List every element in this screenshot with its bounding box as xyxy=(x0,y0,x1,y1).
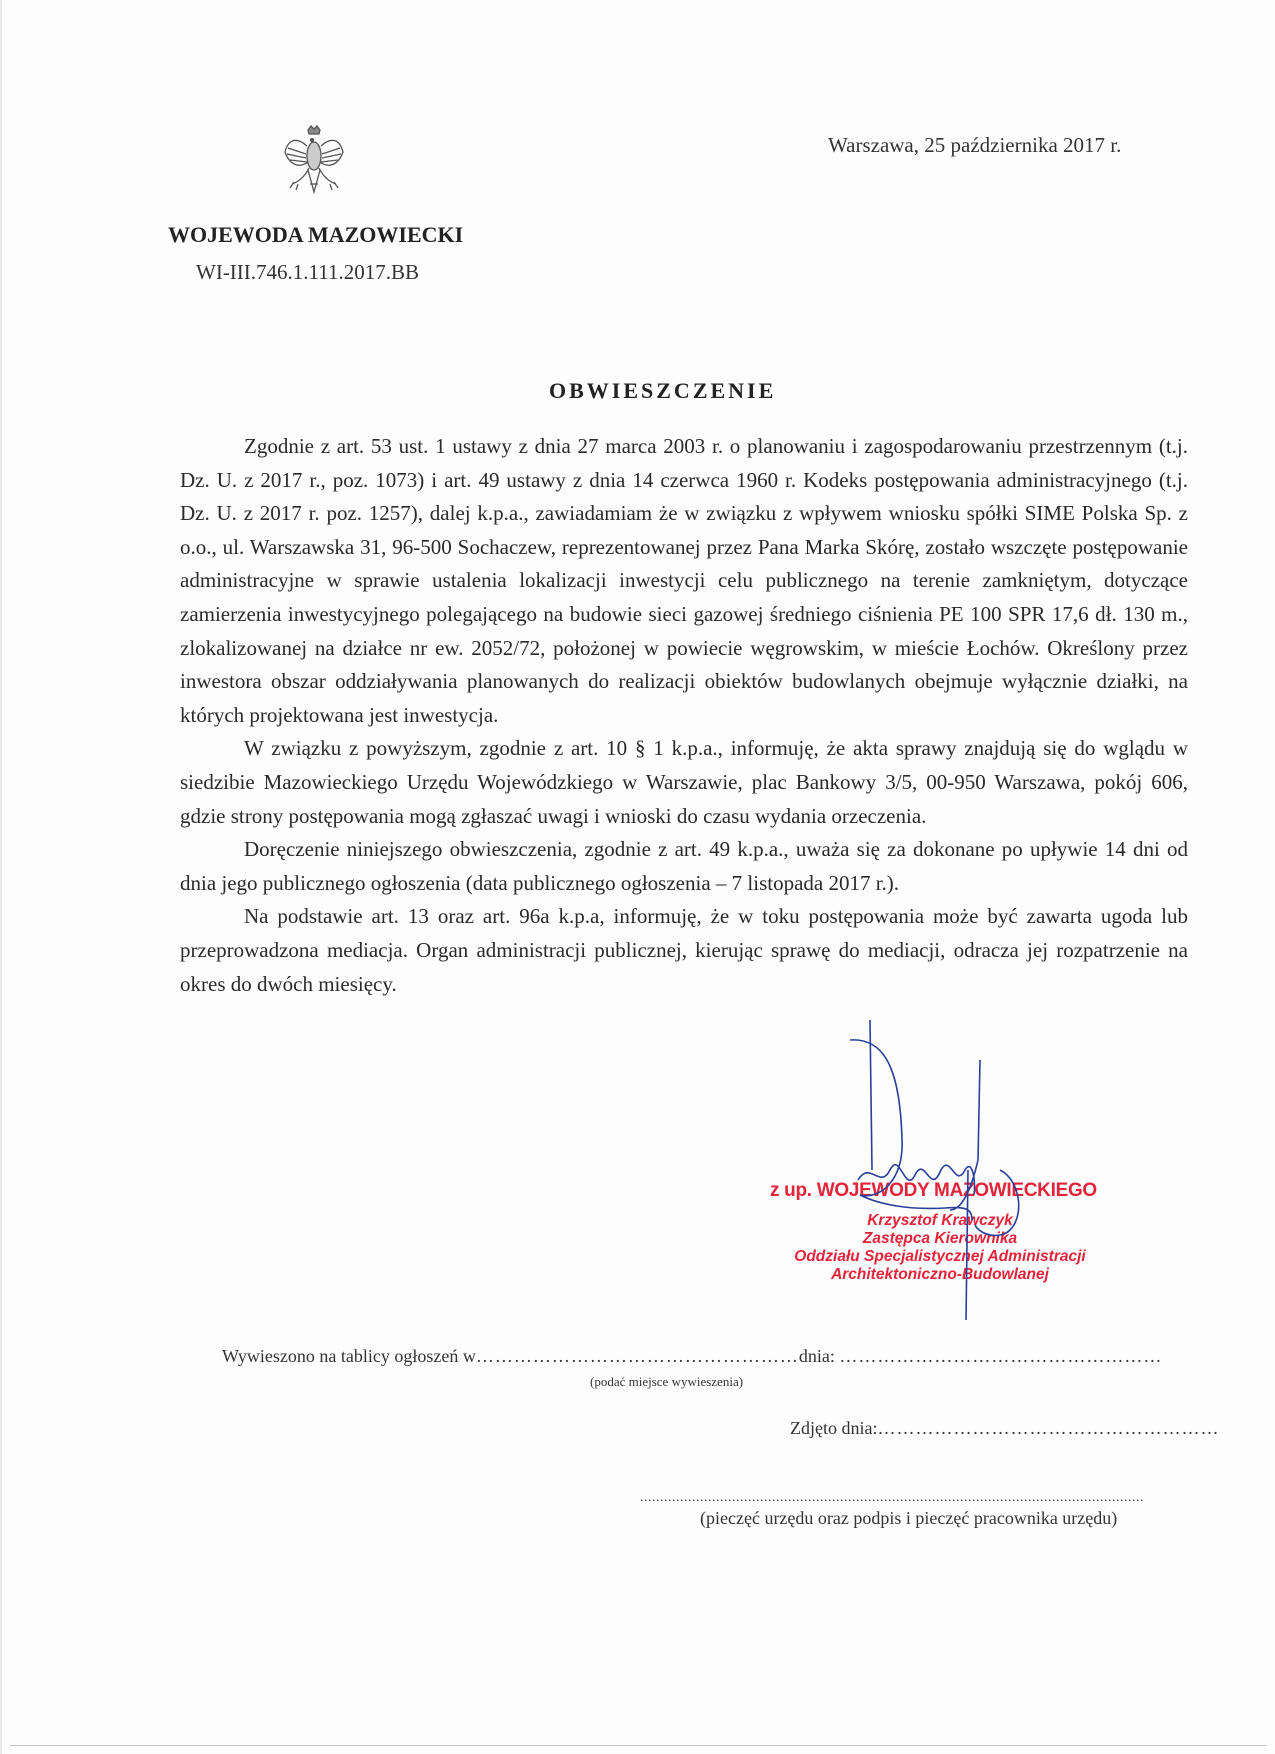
polish-eagle-emblem-icon xyxy=(282,122,346,202)
document-title: OBWIESZCZENIE xyxy=(549,378,776,404)
stamp-position: Zastępca Kierownika xyxy=(770,1230,1110,1248)
stamp-signatory-name: Krzysztof Krawczyk xyxy=(770,1212,1110,1230)
paragraph-mediation: Na podstawie art. 13 oraz art. 96a k.p.a… xyxy=(180,900,1188,1001)
reference-number: WI-III.746.1.111.2017.BB xyxy=(196,260,419,285)
paragraph-file-access: W związku z powyższym, zgodnie z art. 10… xyxy=(180,732,1188,833)
posted-day-blank[interactable]: …………………………………………… xyxy=(839,1346,1162,1366)
scan-bottom-edge xyxy=(10,1745,1267,1746)
document-body: Zgodnie z art. 53 ust. 1 ustawy z dnia 2… xyxy=(180,430,1188,1001)
posted-day-label: dnia: xyxy=(799,1346,835,1366)
official-signature-hint: (pieczęć urzędu oraz podpis i pieczęć pr… xyxy=(700,1508,1117,1529)
stamp-department-2: Architektoniczno-Budowlanej xyxy=(770,1266,1110,1284)
stamp-department-1: Oddziału Specjalistycznej Administracji xyxy=(770,1248,1110,1266)
paragraph-delivery: Doręczenie niniejszego obwieszczenia, zg… xyxy=(180,833,1188,900)
posted-place-hint: (podać miejsce wywieszenia) xyxy=(590,1374,743,1390)
removed-day-blank[interactable]: ……………………………………………… xyxy=(877,1418,1219,1438)
date-line: Warszawa, 25 października 2017 r. xyxy=(828,133,1121,158)
posted-field: Wywieszono na tablicy ogłoszeń w……………………… xyxy=(222,1346,1162,1367)
official-signature-blank[interactable]: ........................................… xyxy=(640,1490,1144,1506)
removed-field: Zdjęto dnia:……………………………………………… xyxy=(790,1418,1219,1439)
removed-label: Zdjęto dnia: xyxy=(790,1418,877,1438)
stamp-head: z up. WOJEWODY MAZOWIECKIEGO xyxy=(770,1180,1110,1202)
issuing-authority: WOJEWODA MAZOWIECKI xyxy=(168,222,463,248)
posted-label: Wywieszono na tablicy ogłoszeń w xyxy=(222,1346,476,1366)
official-stamp: z up. WOJEWODY MAZOWIECKIEGO Krzysztof K… xyxy=(770,1180,1110,1284)
document-page: Warszawa, 25 października 2017 r. WOJEWO… xyxy=(0,0,1275,1754)
paragraph-legal-basis: Zgodnie z art. 53 ust. 1 ustawy z dnia 2… xyxy=(180,430,1188,732)
scan-edge xyxy=(0,0,2,1754)
posted-place-blank[interactable]: …………………………………………… xyxy=(476,1346,799,1366)
